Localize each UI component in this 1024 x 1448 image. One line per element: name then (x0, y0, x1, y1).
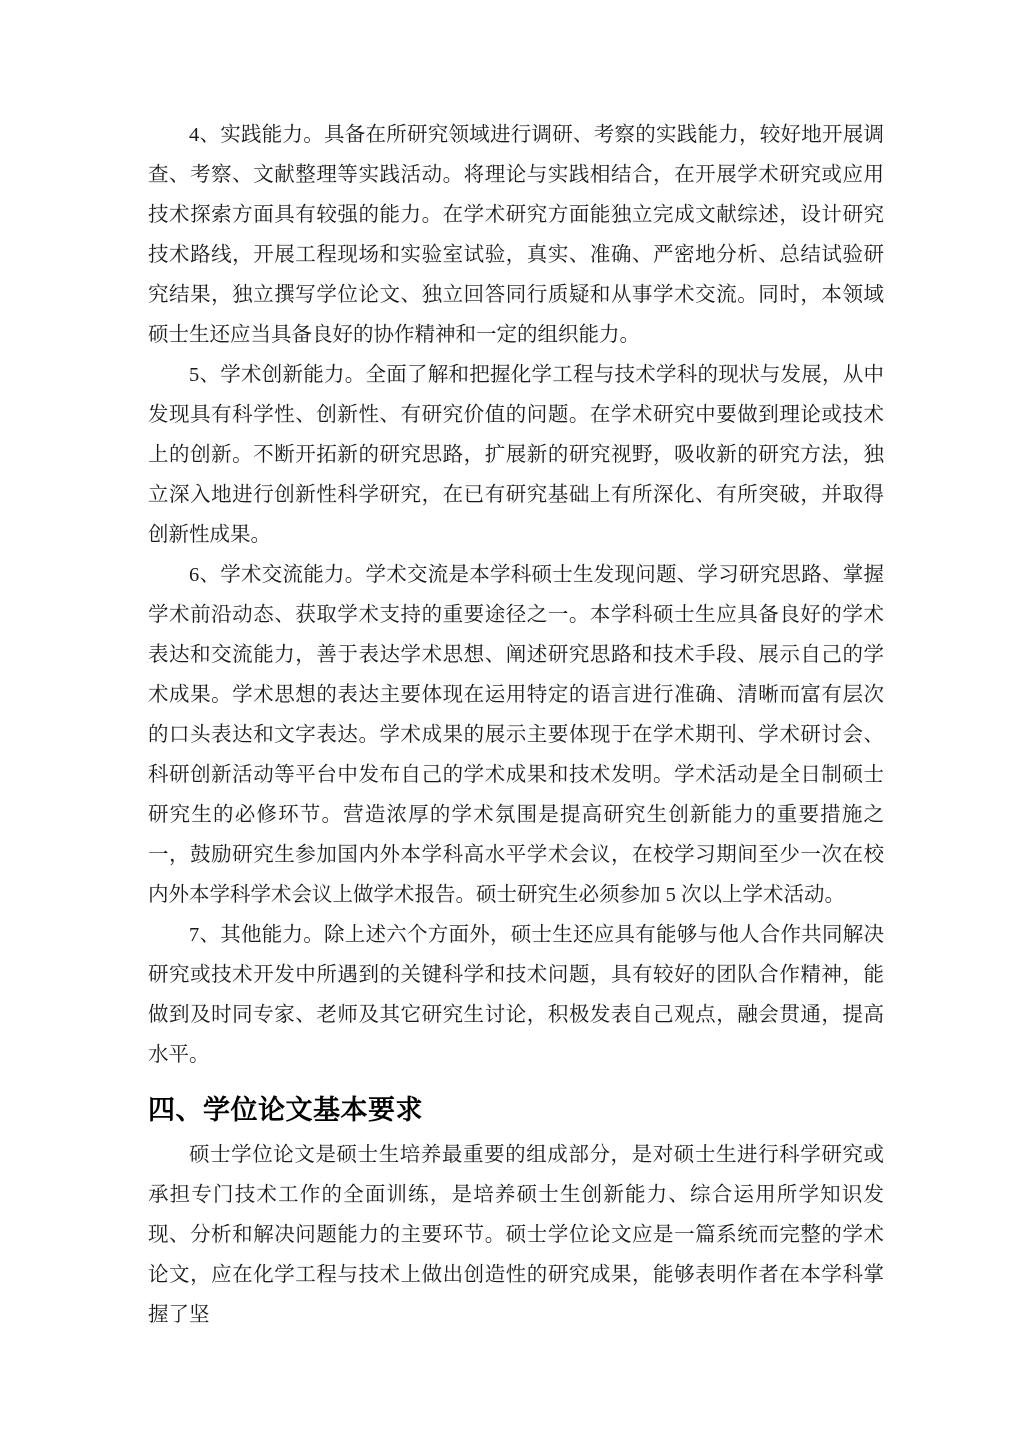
paragraph-academic-innovation-ability: 5、学术创新能力。全面了解和把握化学工程与技术学科的现状与发展，从中发现具有科学… (148, 355, 884, 555)
paragraph-other-abilities: 7、其他能力。除上述六个方面外，硕士生还应具有能够与他人合作共同解决研究或技术开… (148, 915, 884, 1075)
paragraph-practice-ability: 4、实践能力。具备在所研究领域进行调研、考察的实践能力，较好地开展调查、考察、文… (148, 115, 884, 355)
page-content: 4、实践能力。具备在所研究领域进行调研、考察的实践能力，较好地开展调查、考察、文… (148, 115, 884, 1335)
paragraph-academic-exchange-ability: 6、学术交流能力。学术交流是本学科硕士生发现问题、学习研究思路、掌握学术前沿动态… (148, 555, 884, 915)
paragraph-thesis-intro: 硕士学位论文是硕士生培养最重要的组成部分，是对硕士生进行科学研究或承担专门技术工… (148, 1135, 884, 1335)
document-page: 4、实践能力。具备在所研究领域进行调研、考察的实践能力，较好地开展调查、考察、文… (0, 0, 1024, 1448)
section-heading-thesis-basic-requirements: 四、学位论文基本要求 (148, 1093, 884, 1127)
